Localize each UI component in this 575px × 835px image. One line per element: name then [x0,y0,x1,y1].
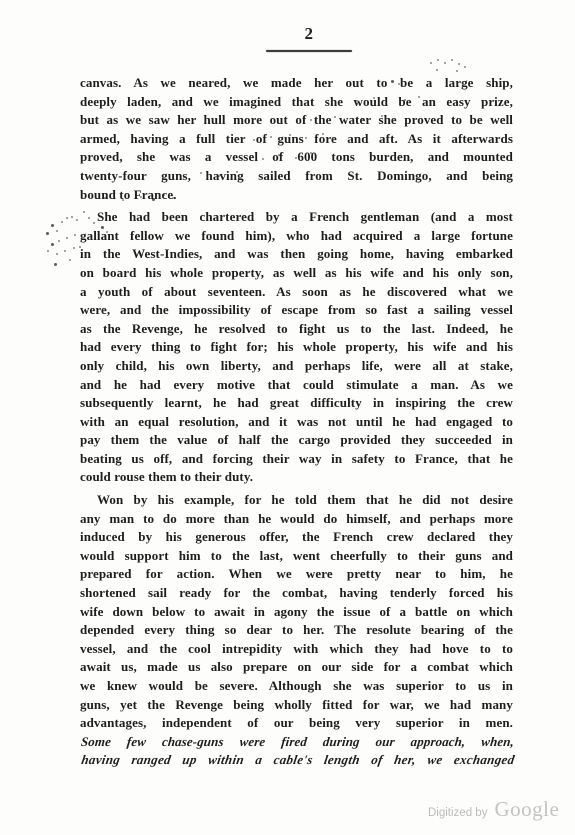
ink-speckle [47,250,49,252]
text-line: guns, yet the Revenge being wholly fitte… [80,696,513,715]
text-line: wife down below to await in agony the is… [80,603,513,622]
paragraph: Won by his example, for he told them tha… [80,491,513,770]
text-line: depended every thing so dear to her. The… [80,621,513,640]
ink-speckle [56,253,58,255]
text-line: shortened sail ready for the combat, hav… [80,584,513,603]
text-line: with an equal resolution, and it was not… [80,413,513,432]
ink-speckle [451,59,453,61]
page-header: 2 [264,24,354,44]
ink-speckle [66,217,68,219]
ink-speckle [73,247,75,249]
text-line: gallant fellow we found him), who had ac… [80,227,513,246]
text-line: armed, having a full tier of guns fore a… [80,130,513,149]
text-line: vessel, and the cool intrepidity with wh… [80,640,513,659]
text-line: a youth of about seventeen. As soon as h… [80,283,513,302]
page-text: canvas. As we neared, we made her out to… [80,74,513,774]
ink-speckle [458,63,460,65]
text-line: advantages, independent of our being ver… [80,714,513,733]
text-line: pay them the value of half the cargo pro… [80,431,513,450]
text-line: on board his whole property, as well as … [80,264,513,283]
text-line: She had been chartered by a French gentl… [80,208,513,227]
text-line: twenty-four guns, having sailed from St.… [80,167,513,186]
ink-speckle [61,221,63,223]
text-line: deeply laden, and we imagined that she w… [80,93,513,112]
paragraph: canvas. As we neared, we made her out to… [80,74,513,204]
text-line: had every thing to fight for; his whole … [80,338,513,357]
ink-speckle [71,216,73,218]
ink-speckle [444,62,446,64]
ink-speckle [456,70,458,72]
ink-speckle [51,224,54,227]
ink-speckle [64,250,66,252]
google-logo: Google [494,797,559,822]
text-line: Some few chase-guns were fired during ou… [80,733,515,752]
ink-speckle [436,69,438,71]
ink-speckle [69,259,71,261]
text-line: Won by his example, for he told them tha… [80,491,513,510]
ink-speckle [51,243,54,246]
text-line: as the Revenge, he resolved to fight us … [80,320,513,339]
text-line: await us, made us also prepare on our si… [80,658,513,677]
text-line: but as we saw her hull more out of the w… [80,111,513,130]
ink-speckle [76,219,78,221]
text-line: would support him to the last, went chee… [80,547,513,566]
ink-speckle [54,263,57,266]
text-line: induced by his generous offer, the Frenc… [80,528,513,547]
text-line: beating us off, and forcing their way in… [80,450,513,469]
text-line: bound to France. [80,186,513,205]
text-line: canvas. As we neared, we made her out to… [80,74,513,93]
ink-speckle [74,234,76,236]
ink-speckle [56,230,58,232]
ink-speckle [464,66,466,68]
ink-speckle [46,232,49,235]
scanned-page: 2 canvas. As we neared, we made her out … [0,0,575,835]
text-line: subsequently learnt, he had great diffic… [80,394,513,413]
text-line: proved, she was a vessel of 600 tons bur… [80,148,513,167]
ink-speckle [437,59,439,61]
text-line: and he had every motive that could stimu… [80,376,513,395]
header-rule [266,50,352,52]
ink-speckle [58,240,60,242]
text-line: having ranged up within a cable's length… [80,751,516,770]
ink-speckle [430,62,432,64]
google-watermark: Digitized by Google [428,797,559,822]
page-number: 2 [305,24,314,43]
text-line: were, and the impossibility of escape fr… [80,301,513,320]
text-line: in the West-Indies, and was then going h… [80,245,513,264]
text-line: prepared for action. When we were pretty… [80,565,513,584]
paragraph: She had been chartered by a French gentl… [80,208,513,487]
text-line: any man to do more than he would do hims… [80,510,513,529]
text-line: only child, his own liberty, and perhaps… [80,357,513,376]
text-line: we knew would be severe. Although she wa… [80,677,513,696]
text-line: could rouse them to their duty. [80,468,513,487]
digitized-by-label: Digitized by [428,807,487,819]
ink-speckle [66,237,68,239]
